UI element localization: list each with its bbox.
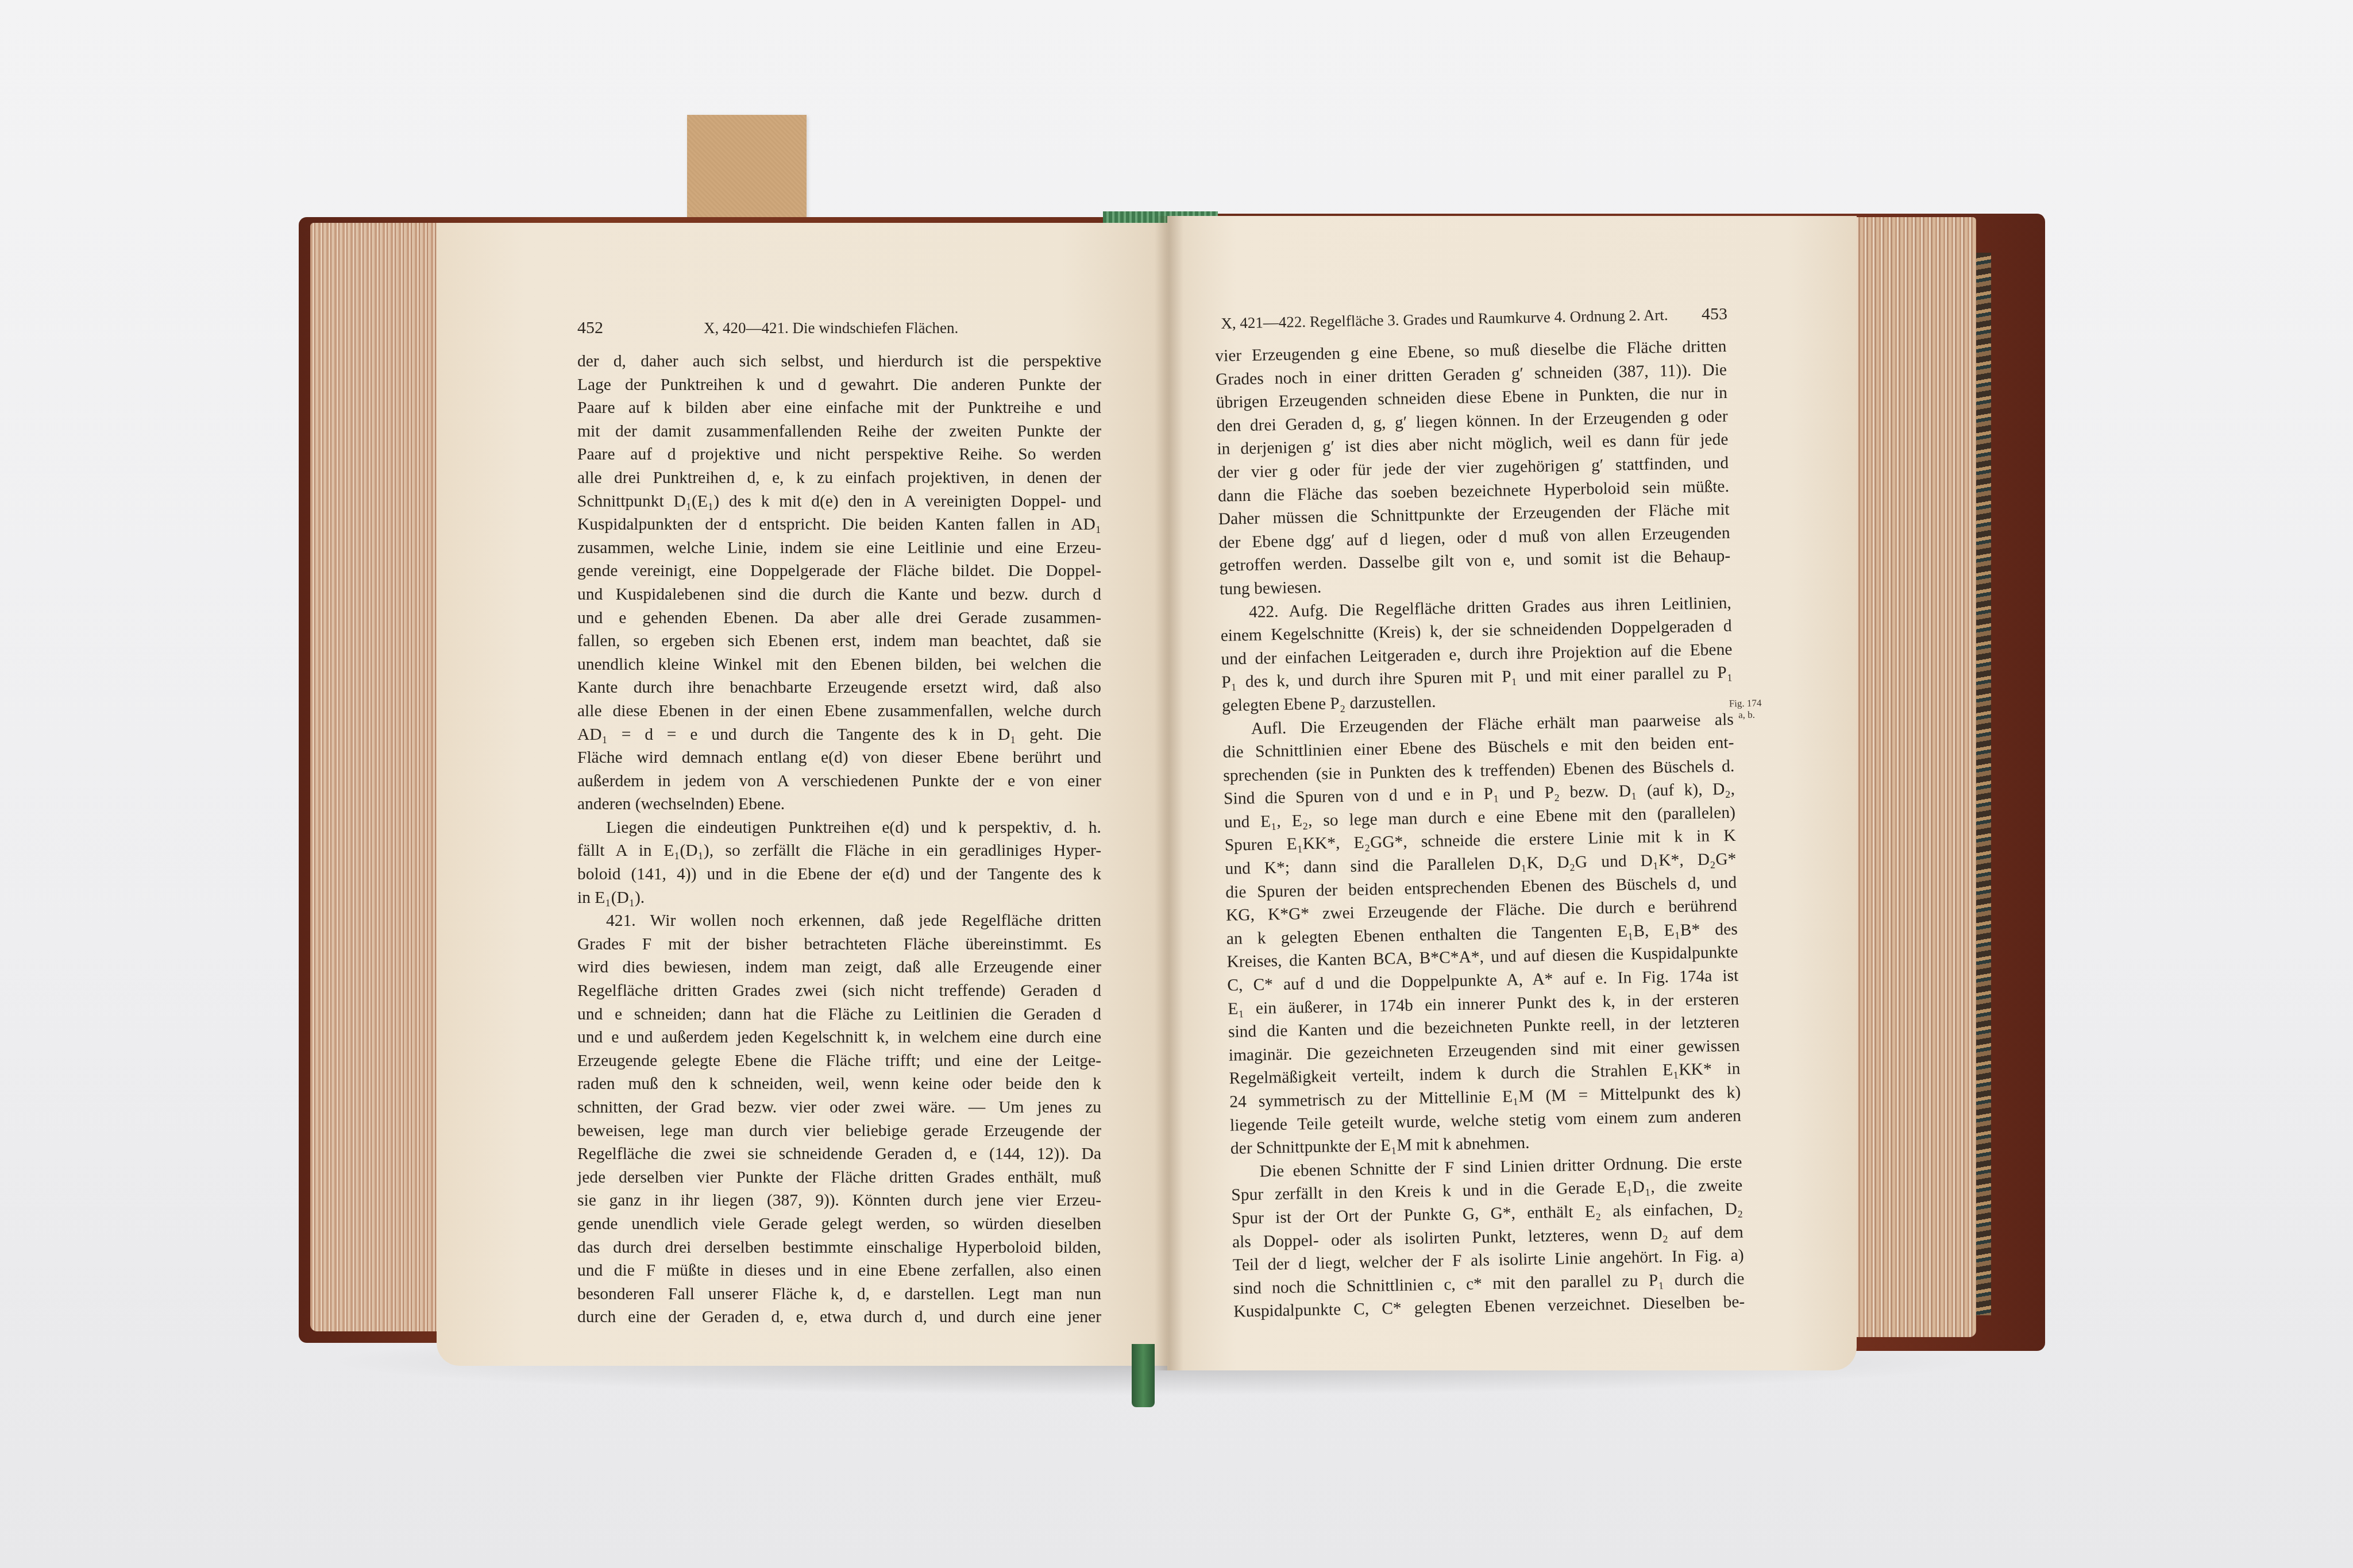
text-line: anderen (wechselnden) Ebene. [577,793,1101,816]
text-line: Grades F mit der bisher betrachteten Flä… [577,933,1101,956]
text-line: unendlich kleine Winkel mit den Ebenen b… [577,653,1101,677]
text-line: Erzeugende gelegte Ebene die Fläche trif… [577,1049,1101,1073]
text-line: boloid (141, 4)) und in die Ebene der e(… [577,863,1101,886]
margin-note-line: a, b. [1729,709,1762,721]
text-line: Liegen die eindeutigen Punktreihen e(d) … [577,816,1101,840]
text-line: sie ganz in ihr liegen (387, 9)). Könnte… [577,1189,1101,1212]
text-line: Kuspidalpunkten der d entspricht. Die be… [577,513,1101,536]
right-page-number: 453 [1702,304,1727,324]
text-line: Fläche wird demnach entlang e(d) von die… [577,746,1101,770]
right-page-body: vier Erzeugenden g eine Ebene, so muß di… [1215,335,1745,1324]
text-line: und die F müßte in dieses und in eine Eb… [577,1259,1101,1283]
text-line: Regelfläche die zwei sie schneidende Ger… [577,1142,1101,1166]
page-edges-left [310,223,448,1331]
figure-margin-note: Fig. 174 a, b. [1729,697,1762,721]
text-line: außerdem in jedem von A verschiedenen Pu… [577,770,1101,793]
text-line: Paare auf d projektive und nicht perspek… [577,443,1101,466]
ribbon-marker [1132,1344,1155,1407]
text-line: gende vereinigt, eine Doppelgerade der F… [577,559,1101,583]
text-line: Kante durch ihre benachbarte Erzeugende … [577,676,1101,700]
text-line: fallen, so ergeben sich Ebenen erst, ind… [577,629,1101,653]
text-line: besonderen Fall unserer Fläche k, d, e d… [577,1283,1101,1306]
text-line: und e schneiden; dann hat die Fläche zu … [577,1003,1101,1026]
text-line: und Kuspidalebenen sind die durch die Ka… [577,583,1101,607]
text-line: gende unendlich viele Gerade gelegt werd… [577,1212,1101,1236]
text-line: in E₁(D₁). [577,886,1101,910]
margin-note-line: Fig. 174 [1729,697,1762,709]
book-gutter [1155,216,1183,1370]
text-line: alle drei Punktreihen d, e, k zu einfach… [577,466,1101,490]
text-line: Regelfläche dritten Grades zwei (sich ni… [577,979,1101,1003]
text-line: das durch drei derselben bestimmte einsc… [577,1236,1101,1260]
text-line: Lage der Punktreihen k und d gewahrt. Di… [577,373,1101,397]
text-line: und e gehenden Ebenen. Da aber alle drei… [577,607,1101,630]
text-line: durch eine der Geraden d, e, etwa durch … [577,1306,1101,1329]
text-line: mit der damit zusammenfallenden Reihe de… [577,420,1101,443]
text-line: raden muß den k schneiden, weil, wenn ke… [577,1072,1101,1096]
text-line: Schnittpunkt D₁(E₁) des k mit d(e) den i… [577,490,1101,513]
section-421-start: 421. Wir wollen noch erkennen, daß jede … [577,909,1101,933]
text-line: beweisen, lege man durch vier beliebige … [577,1119,1101,1143]
left-page-body: der d, daher auch sich selbst, und hierd… [577,350,1101,1329]
paper-bookmark [687,115,807,230]
text-line: alle diese Ebenen in der einen Ebene zus… [577,700,1101,723]
text-line: wird dies bewiesen, indem man zeigt, daß… [577,956,1101,979]
text-line: jede derselben vier Punkte der Fläche dr… [577,1166,1101,1189]
text-line: zusammen, welche Linie, indem sie eine L… [577,536,1101,560]
text-line: fällt A in E₁(D₁), so zerfällt die Fläch… [577,839,1101,863]
text-line: der d, daher auch sich selbst, und hierd… [577,350,1101,373]
text-line: AD₁ = d = e und durch die Tangente des k… [577,723,1101,747]
text-line: Paare auf k bilden aber eine einfache mi… [577,396,1101,420]
left-page-number: 452 [577,318,603,338]
text-line: schnitten, der Grad bezw. vier oder zwei… [577,1096,1101,1119]
left-running-head: X, 420—421. Die windschiefen Flächen. [704,319,958,337]
marbled-board-edge [1975,253,1991,1315]
page-edges-right [1844,217,1976,1337]
text-line: und e und außerdem jeden Kegelschnitt k,… [577,1026,1101,1049]
